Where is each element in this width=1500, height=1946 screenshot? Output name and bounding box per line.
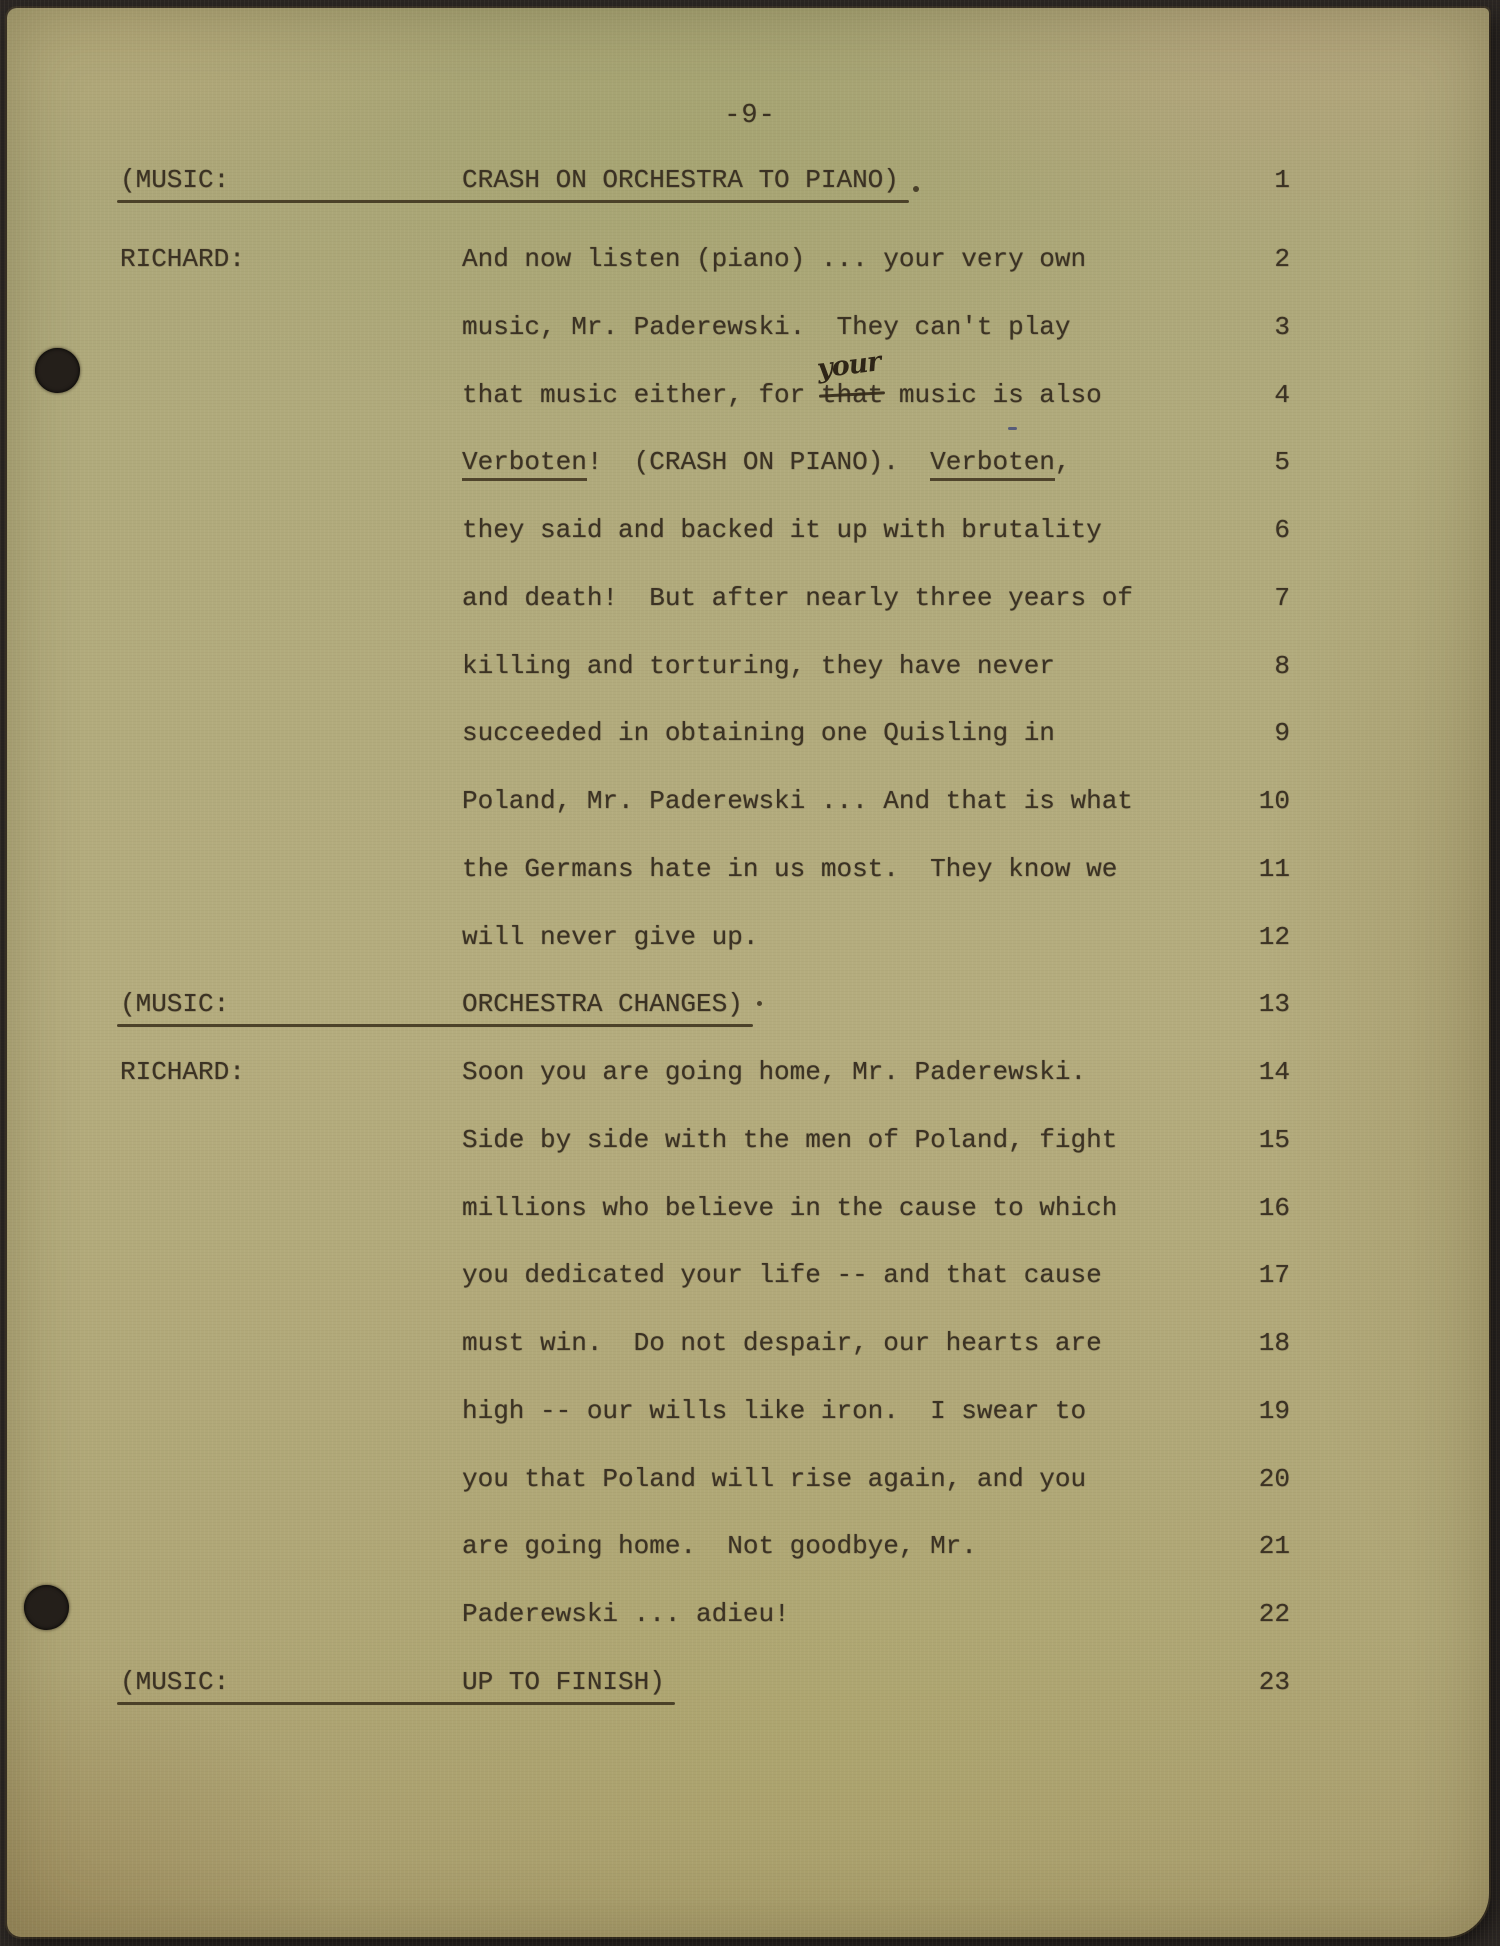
dialogue-row: will never give up.12 [0, 920, 1500, 956]
line-number: 8 [1205, 649, 1290, 683]
cue-text: CRASH ON ORCHESTRA TO PIANO) [462, 163, 899, 197]
dialogue-text: Soon you are going home, Mr. Paderewski. [462, 1055, 1086, 1089]
underlined-word: Verboten [930, 447, 1055, 481]
line-number: 13 [1205, 987, 1290, 1021]
dialogue-row: Paderewski ... adieu!22 [0, 1597, 1500, 1633]
dialogue-row: you that Poland will rise again, and you… [0, 1462, 1500, 1498]
line-number: 20 [1205, 1462, 1290, 1496]
ink-speck [913, 186, 919, 192]
speaker-label: (MUSIC: [120, 163, 229, 197]
speaker-label: (MUSIC: [120, 987, 229, 1021]
dialogue-text: they said and backed it up with brutalit… [462, 513, 1102, 547]
text-segment: are going home. Not goodbye, Mr. [462, 1531, 977, 1561]
dialogue-text: and death! But after nearly three years … [462, 581, 1133, 615]
dialogue-text: that music either, for thatyour music is… [462, 378, 1102, 412]
line-number: 18 [1205, 1326, 1290, 1360]
dialogue-text: must win. Do not despair, our hearts are [462, 1326, 1102, 1360]
text-segment: must win. Do not despair, our hearts are [462, 1328, 1102, 1358]
cue-underline [117, 200, 909, 203]
line-number: 19 [1205, 1394, 1290, 1428]
line-number: 7 [1205, 581, 1290, 615]
cue-text: ORCHESTRA CHANGES) [462, 987, 743, 1021]
text-segment: succeeded in obtaining one Quisling in [462, 718, 1055, 748]
line-number: 10 [1205, 784, 1290, 818]
cue-underline [117, 1024, 753, 1027]
dialogue-row: and death! But after nearly three years … [0, 581, 1500, 617]
music-cue-row: (MUSIC:UP TO FINISH)23 [0, 1665, 1500, 1701]
text-segment: Side by side with the men of Poland, fig… [462, 1125, 1117, 1155]
dialogue-row: you dedicated your life -- and that caus… [0, 1258, 1500, 1294]
speaker-label: RICHARD: [120, 1055, 245, 1089]
text-segment: they said and backed it up with brutalit… [462, 515, 1102, 545]
text-segment: high -- our wills like iron. I swear to [462, 1396, 1086, 1426]
line-number: 2 [1205, 242, 1290, 276]
dialogue-text: succeeded in obtaining one Quisling in [462, 716, 1055, 750]
dialogue-text: Side by side with the men of Poland, fig… [462, 1123, 1117, 1157]
dialogue-row: Side by side with the men of Poland, fig… [0, 1123, 1500, 1159]
dialogue-row: succeeded in obtaining one Quisling in9 [0, 716, 1500, 752]
dialogue-text: the Germans hate in us most. They know w… [462, 852, 1117, 886]
cue-underline [117, 1702, 675, 1705]
line-number: 14 [1205, 1055, 1290, 1089]
scanned-script-page: -9- (MUSIC:CRASH ON ORCHESTRA TO PIANO)1… [0, 0, 1500, 1946]
text-segment: millions who believe in the cause to whi… [462, 1193, 1117, 1223]
text-segment: music, Mr. Paderewski. They can't play [462, 312, 1071, 342]
music-cue-row: (MUSIC:CRASH ON ORCHESTRA TO PIANO)1 [0, 163, 1500, 199]
handwritten-correction: your [815, 345, 882, 386]
line-number: 9 [1205, 716, 1290, 750]
text-segment: and death! But after nearly three years … [462, 583, 1133, 613]
line-number: 6 [1205, 513, 1290, 547]
dialogue-text: will never give up. [462, 920, 758, 954]
dialogue-text: are going home. Not goodbye, Mr. [462, 1529, 977, 1563]
dialogue-text: Verboten! (CRASH ON PIANO). Verboten, [462, 445, 1071, 479]
line-number: 17 [1205, 1258, 1290, 1292]
text-segment: music is also [883, 380, 1101, 410]
line-number: 12 [1205, 920, 1290, 954]
dialogue-text: you dedicated your life -- and that caus… [462, 1258, 1102, 1292]
text-segment: CRASH ON ORCHESTRA TO PIANO) [462, 165, 899, 195]
dialogue-row: RICHARD:And now listen (piano) ... your … [0, 242, 1500, 278]
dialogue-row: they said and backed it up with brutalit… [0, 513, 1500, 549]
pen-mark [1008, 427, 1017, 430]
text-segment: the Germans hate in us most. They know w… [462, 854, 1117, 884]
dialogue-text: high -- our wills like iron. I swear to [462, 1394, 1086, 1428]
dialogue-text: And now listen (piano) ... your very own [462, 242, 1086, 276]
ink-speck [757, 1001, 762, 1006]
text-segment: Soon you are going home, Mr. Paderewski. [462, 1057, 1086, 1087]
text-segment: Paderewski ... adieu! [462, 1599, 790, 1629]
dialogue-text: you that Poland will rise again, and you [462, 1462, 1086, 1496]
line-number: 4 [1205, 378, 1290, 412]
line-number: 21 [1205, 1529, 1290, 1563]
text-segment: ORCHESTRA CHANGES) [462, 989, 743, 1019]
text-segment: UP TO FINISH) [462, 1667, 665, 1697]
speaker-label: RICHARD: [120, 242, 245, 276]
line-number: 15 [1205, 1123, 1290, 1157]
dialogue-row: that music either, for thatyour music is… [0, 378, 1500, 414]
line-number: 16 [1205, 1191, 1290, 1225]
page-number: -9- [690, 101, 810, 131]
speaker-label: (MUSIC: [120, 1665, 229, 1699]
line-number: 22 [1205, 1597, 1290, 1631]
dialogue-row: are going home. Not goodbye, Mr.21 [0, 1529, 1500, 1565]
cue-text: UP TO FINISH) [462, 1665, 665, 1699]
text-segment: killing and torturing, they have never [462, 651, 1055, 681]
text-segment: ! (CRASH ON PIANO). [587, 447, 930, 477]
dialogue-text: millions who believe in the cause to whi… [462, 1191, 1117, 1225]
dialogue-row: music, Mr. Paderewski. They can't play3 [0, 310, 1500, 346]
struck-out-word: thatyour [821, 378, 883, 412]
line-number: 3 [1205, 310, 1290, 344]
dialogue-row: Verboten! (CRASH ON PIANO). Verboten,5 [0, 445, 1500, 481]
dialogue-row: high -- our wills like iron. I swear to1… [0, 1394, 1500, 1430]
text-segment: Poland, Mr. Paderewski ... And that is w… [462, 786, 1133, 816]
dialogue-text: Poland, Mr. Paderewski ... And that is w… [462, 784, 1133, 818]
text-segment: you dedicated your life -- and that caus… [462, 1260, 1102, 1290]
underlined-word: Verboten [462, 447, 587, 481]
line-number: 23 [1205, 1665, 1290, 1699]
dialogue-row: Poland, Mr. Paderewski ... And that is w… [0, 784, 1500, 820]
dialogue-row: millions who believe in the cause to whi… [0, 1191, 1500, 1227]
dialogue-text: Paderewski ... adieu! [462, 1597, 790, 1631]
dialogue-row: the Germans hate in us most. They know w… [0, 852, 1500, 888]
line-number: 5 [1205, 445, 1290, 479]
dialogue-row: must win. Do not despair, our hearts are… [0, 1326, 1500, 1362]
dialogue-row: killing and torturing, they have never8 [0, 649, 1500, 685]
line-number: 1 [1205, 163, 1290, 197]
music-cue-row: (MUSIC:ORCHESTRA CHANGES)13 [0, 987, 1500, 1023]
text-segment: , [1055, 447, 1071, 477]
text-segment: you that Poland will rise again, and you [462, 1464, 1086, 1494]
dialogue-text: killing and torturing, they have never [462, 649, 1055, 683]
paper-sheet [7, 8, 1489, 1937]
dialogue-row: RICHARD:Soon you are going home, Mr. Pad… [0, 1055, 1500, 1091]
text-segment: that music either, for [462, 380, 821, 410]
text-segment: And now listen (piano) ... your very own [462, 244, 1086, 274]
dialogue-text: music, Mr. Paderewski. They can't play [462, 310, 1071, 344]
line-number: 11 [1205, 852, 1290, 886]
text-segment: will never give up. [462, 922, 758, 952]
